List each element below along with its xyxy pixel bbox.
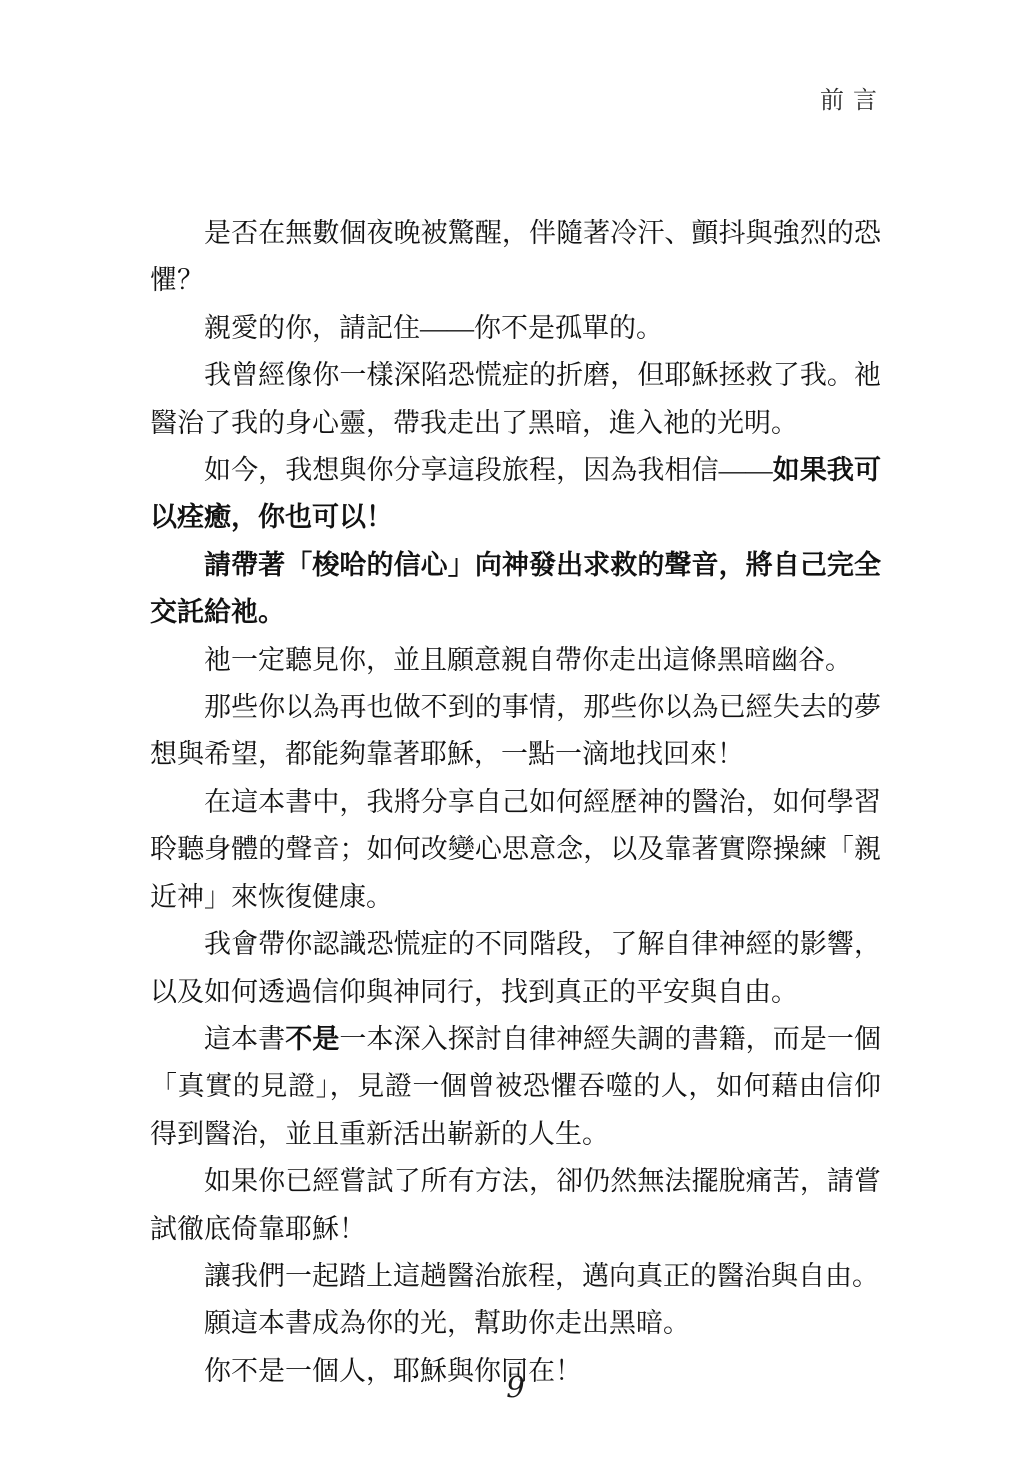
paragraph: 我曾經像你一樣深陷恐慌症的折磨，但耶穌拯救了我。祂醫治了我的身心靈，帶我走出了黑… [150,352,881,447]
text-run: 是否在無數個夜晚被驚醒，伴隨著冷汗、顫抖與強烈的恐懼？ [150,218,881,295]
running-header: 前言 [820,80,886,115]
text-run: 在這本書中，我將分享自己如何經歷神的醫治，如何學習聆聽身體的聲音；如何改變心思意… [150,787,881,912]
text-run: 如今，我想與你分享這段旅程，因為我相信—— [204,455,773,485]
text-run: 親愛的你，請記住——你不是孤單的。 [204,313,663,343]
text-run: 如果你已經嘗試了所有方法，卻仍然無法擺脫痛苦，請嘗試徹底倚靠耶穌！ [150,1166,881,1243]
paragraph: 是否在無數個夜晚被驚醒，伴隨著冷汗、顫抖與強烈的恐懼？ [150,210,881,305]
paragraph: 在這本書中，我將分享自己如何經歷神的醫治，如何學習聆聽身體的聲音；如何改變心思意… [150,779,881,921]
text-run: 這本書 [204,1024,285,1054]
paragraph: 親愛的你，請記住——你不是孤單的。 [150,305,881,352]
paragraph: 願這本書成為你的光，幫助你走出黑暗。 [150,1300,881,1347]
paragraph: 如果你已經嘗試了所有方法，卻仍然無法擺脫痛苦，請嘗試徹底倚靠耶穌！ [150,1158,881,1253]
text-run: 我曾經像你一樣深陷恐慌症的折磨，但耶穌拯救了我。祂醫治了我的身心靈，帶我走出了黑… [150,360,881,437]
text-run: 那些你以為再也做不到的事情，那些你以為已經失去的夢想與希望，都能夠靠著耶穌，一點… [150,692,881,769]
text-run: 願這本書成為你的光，幫助你走出黑暗。 [204,1308,690,1338]
body-text: 是否在無數個夜晚被驚醒，伴隨著冷汗、顫抖與強烈的恐懼？ 親愛的你，請記住——你不… [150,210,881,1395]
text-run: 讓我們一起踏上這趟醫治旅程，邁向真正的醫治與自由。 [204,1261,879,1291]
paragraph: 那些你以為再也做不到的事情，那些你以為已經失去的夢想與希望，都能夠靠著耶穌，一點… [150,684,881,779]
text-run: 祂一定聽見你，並且願意親自帶你走出這條黑暗幽谷。 [204,645,852,675]
paragraph: 祂一定聽見你，並且願意親自帶你走出這條黑暗幽谷。 [150,637,881,684]
text-run-bold: 請帶著「梭哈的信心」向神發出求救的聲音，將自己完全交託給祂。 [150,550,881,627]
paragraph: 我會帶你認識恐慌症的不同階段，了解自律神經的影響，以及如何透過信仰與神同行，找到… [150,921,881,1016]
paragraph: 這本書不是一本深入探討自律神經失調的書籍，而是一個「真實的見證」，見證一個曾被恐… [150,1016,881,1158]
page-number: 9 [150,1370,881,1404]
paragraph: 讓我們一起踏上這趟醫治旅程，邁向真正的醫治與自由。 [150,1253,881,1300]
text-run-bold: 不是 [285,1024,339,1054]
book-page: 前言 是否在無數個夜晚被驚醒，伴隨著冷汗、顫抖與強烈的恐懼？ 親愛的你，請記住—… [0,0,1024,1475]
text-run: 我會帶你認識恐慌症的不同階段，了解自律神經的影響，以及如何透過信仰與神同行，找到… [150,929,881,1006]
paragraph: 請帶著「梭哈的信心」向神發出求救的聲音，將自己完全交託給祂。 [150,542,881,637]
paragraph: 如今，我想與你分享這段旅程，因為我相信——如果我可以痊癒，你也可以！ [150,447,881,542]
